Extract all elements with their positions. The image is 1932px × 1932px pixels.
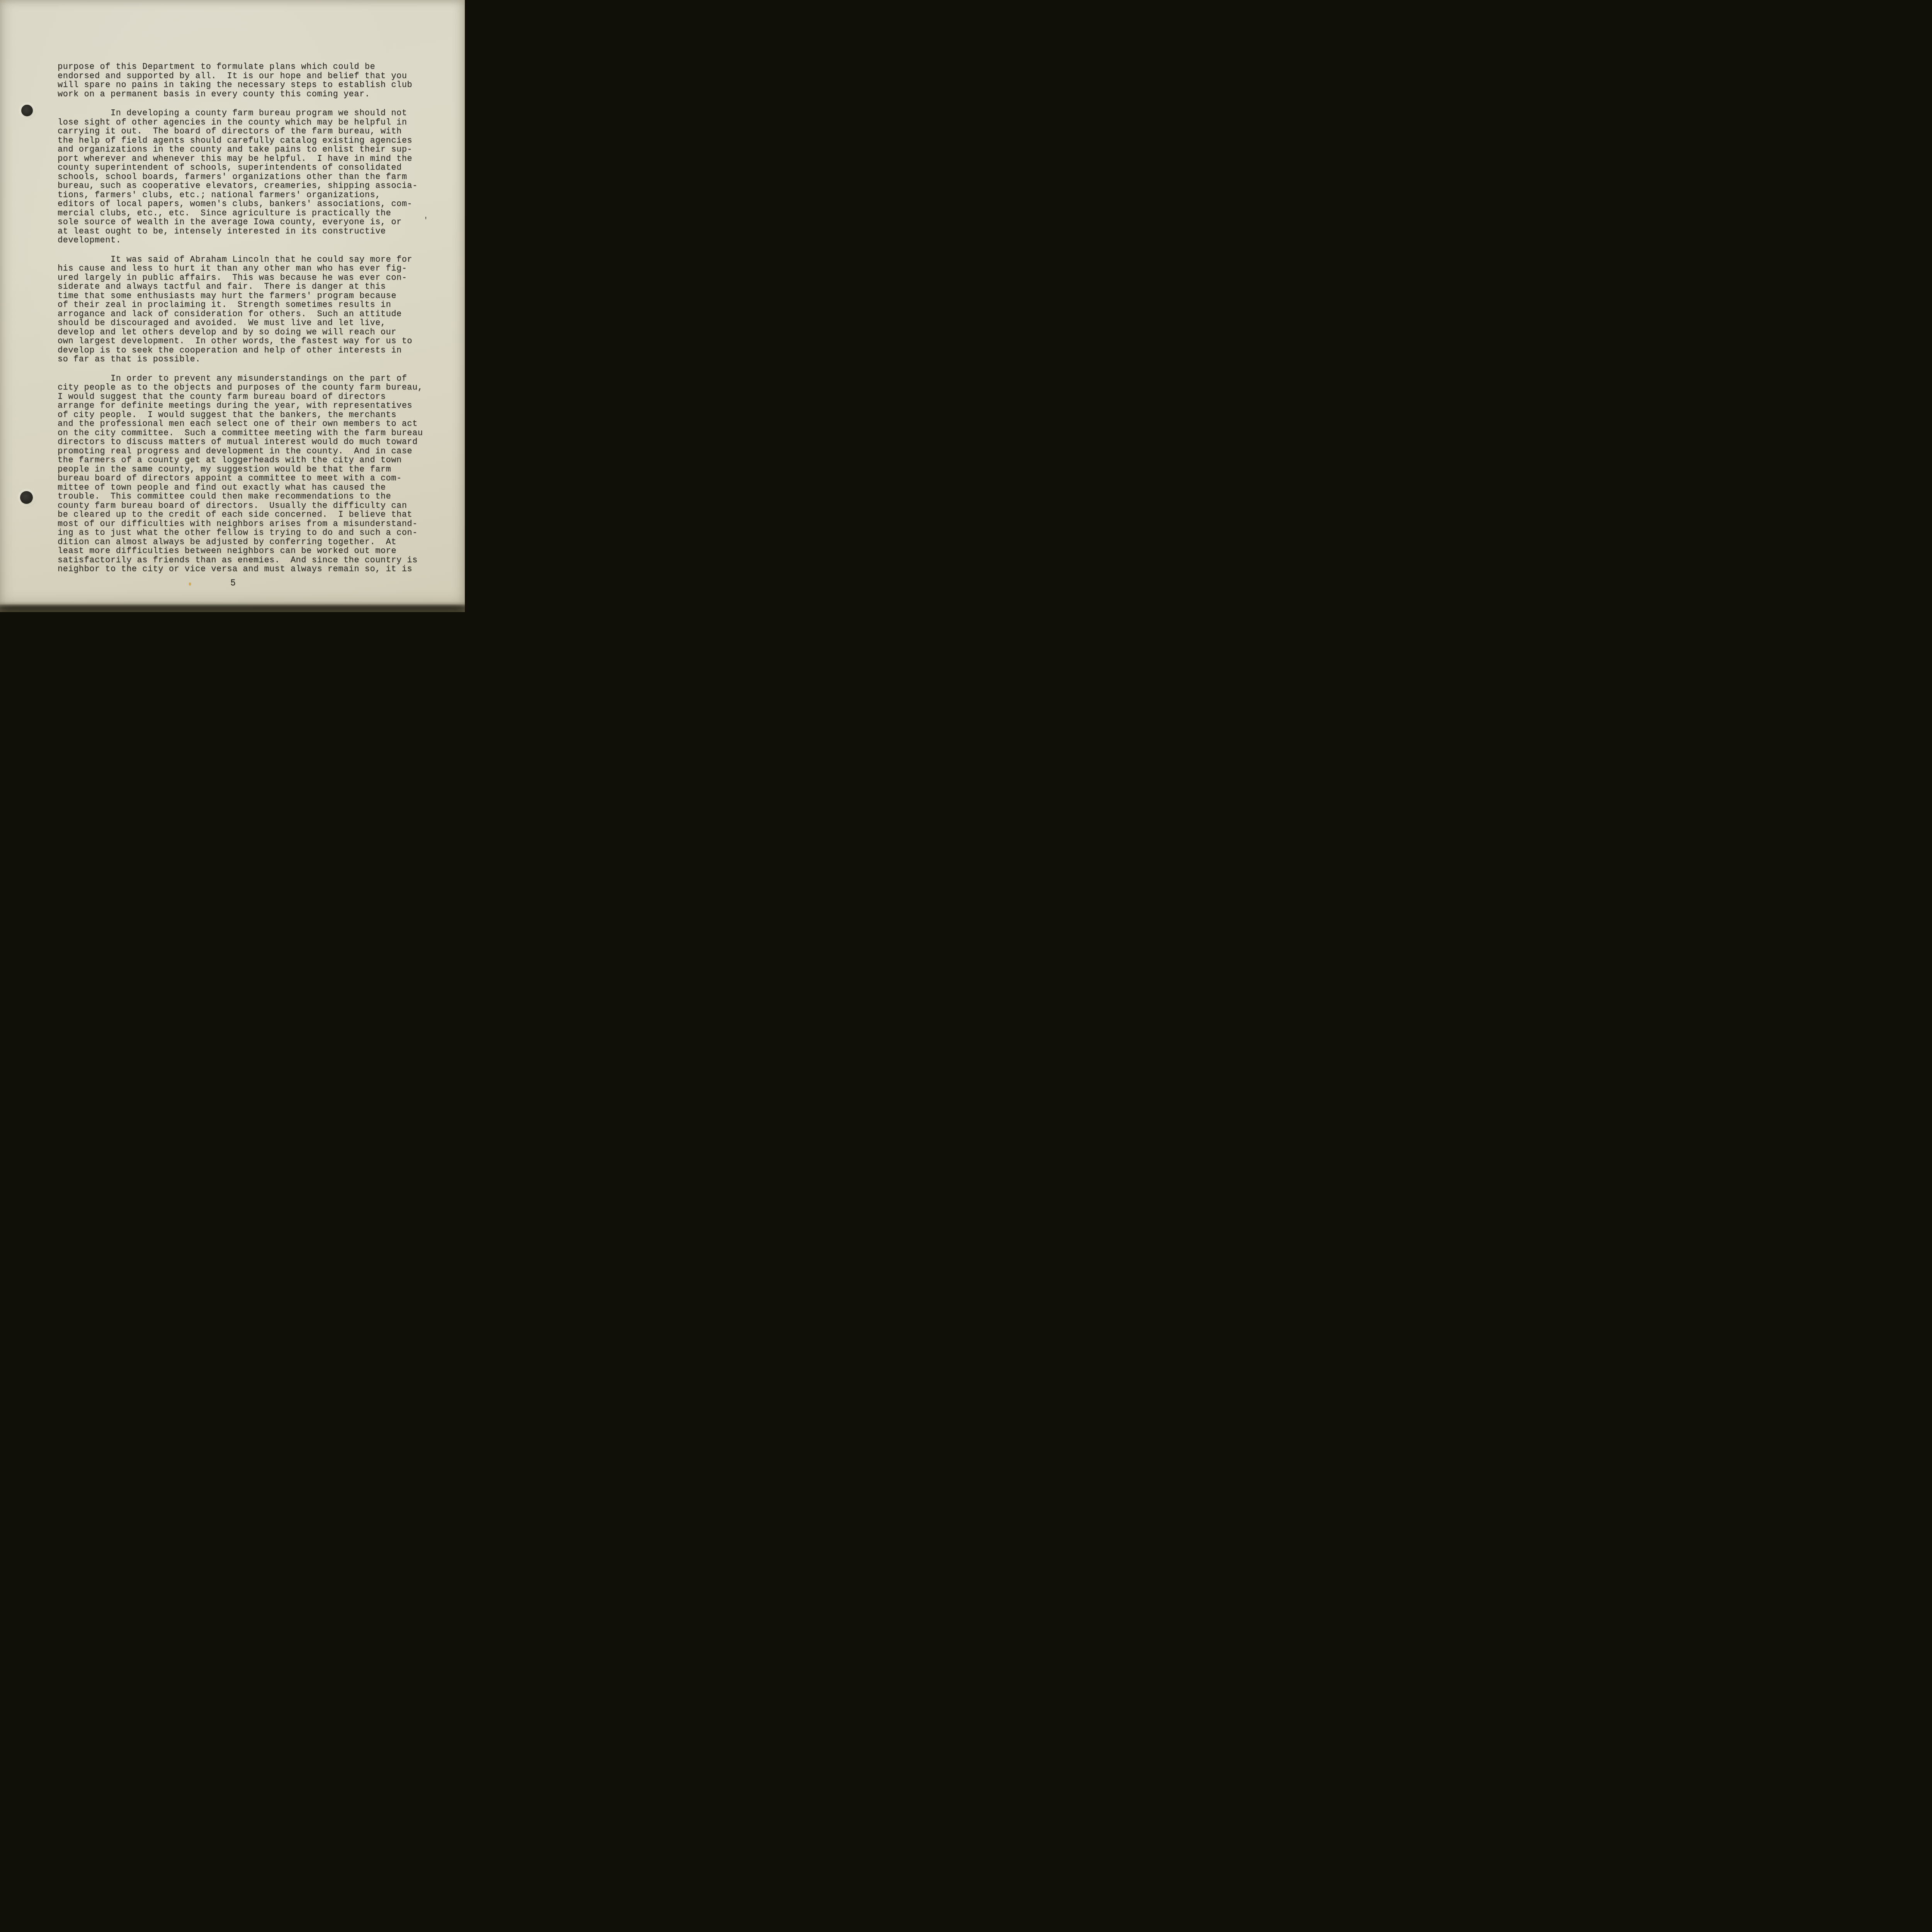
text-line: develop and let others develop and by so… xyxy=(58,328,448,337)
scanner-edge-band xyxy=(0,601,465,612)
text-line: at least ought to be, intensely interest… xyxy=(58,227,448,236)
paragraph: purpose of this Department to formulate … xyxy=(58,62,448,99)
text-line: editors of local papers, women's clubs, … xyxy=(58,199,448,209)
text-line: satisfactorily as friends than as enemie… xyxy=(58,556,448,565)
text-line: endorsed and supported by all. It is our… xyxy=(58,71,448,81)
text-line: be cleared up to the credit of each side… xyxy=(58,510,448,519)
text-line: carrying it out. The board of directors … xyxy=(58,127,448,136)
text-line: county farm bureau board of directors. U… xyxy=(58,501,448,510)
page-number: 5 xyxy=(230,578,236,588)
text-line: people in the same county, my suggestion… xyxy=(58,465,448,474)
text-line: work on a permanent basis in every count… xyxy=(58,90,448,99)
text-line: and the professional men each select one… xyxy=(58,419,448,429)
text-line: In order to prevent any misunderstanding… xyxy=(58,374,448,383)
text-line: I would suggest that the county farm bur… xyxy=(58,392,448,401)
text-line: schools, school boards, farmers' organiz… xyxy=(58,172,448,182)
text-line: city people as to the objects and purpos… xyxy=(58,383,448,392)
scanned-typewritten-page: purpose of this Department to formulate … xyxy=(0,0,465,612)
text-line: so far as that is possible. xyxy=(58,355,448,364)
text-line: port wherever and whenever this may be h… xyxy=(58,154,448,163)
text-line: least more difficulties between neighbor… xyxy=(58,546,448,556)
text-line: time that some enthusiasts may hurt the … xyxy=(58,291,448,301)
text-line: ing as to just what the other fellow is … xyxy=(58,528,448,537)
text-line: siderate and always tactful and fair. Th… xyxy=(58,282,448,291)
text-line: the farmers of a county get at loggerhea… xyxy=(58,456,448,465)
hole-punch-top xyxy=(21,105,33,116)
typewritten-text-block: purpose of this Department to formulate … xyxy=(58,62,448,584)
text-line: most of our difficulties with neighbors … xyxy=(58,519,448,529)
text-line: arrogance and lack of consideration for … xyxy=(58,310,448,319)
text-line: bureau board of directors appoint a comm… xyxy=(58,474,448,483)
text-line: trouble. This committee could then make … xyxy=(58,492,448,501)
paragraph: In developing a county farm bureau progr… xyxy=(58,109,448,245)
text-line: mercial clubs, etc., etc. Since agricult… xyxy=(58,209,448,218)
text-line: should be discouraged and avoided. We mu… xyxy=(58,318,448,328)
paragraph: In order to prevent any misunderstanding… xyxy=(58,374,448,574)
text-line: It was said of Abraham Lincoln that he c… xyxy=(58,255,448,264)
hole-punch-bottom xyxy=(20,491,33,504)
text-line: development. xyxy=(58,236,448,245)
text-line: will spare no pains in taking the necess… xyxy=(58,80,448,90)
stray-ink-mark: ' xyxy=(423,216,428,225)
text-line: develop is to seek the cooperation and h… xyxy=(58,346,448,355)
text-line: county superintendent of schools, superi… xyxy=(58,163,448,172)
text-line: mittee of town people and find out exact… xyxy=(58,483,448,492)
text-line: and organizations in the county and take… xyxy=(58,145,448,154)
paper-speck xyxy=(189,583,191,585)
text-line: arrange for definite meetings during the… xyxy=(58,401,448,410)
text-line: own largest development. In other words,… xyxy=(58,337,448,346)
text-line: of their zeal in proclaiming it. Strengt… xyxy=(58,300,448,310)
text-line: tions, farmers' clubs, etc.; national fa… xyxy=(58,190,448,200)
text-line: the help of field agents should carefull… xyxy=(58,136,448,145)
text-line: his cause and less to hurt it than any o… xyxy=(58,264,448,273)
text-line: ured largely in public affairs. This was… xyxy=(58,273,448,282)
paragraph: It was said of Abraham Lincoln that he c… xyxy=(58,255,448,364)
text-line: neighbor to the city or vice versa and m… xyxy=(58,565,448,574)
text-line: of city people. I would suggest that the… xyxy=(58,410,448,420)
text-line: directors to discuss matters of mutual i… xyxy=(58,437,448,447)
text-line: dition can almost always be adjusted by … xyxy=(58,537,448,547)
text-line: on the city committee. Such a committee … xyxy=(58,429,448,438)
text-line: In developing a county farm bureau progr… xyxy=(58,109,448,118)
text-line: sole source of wealth in the average Iow… xyxy=(58,218,448,227)
text-line: lose sight of other agencies in the coun… xyxy=(58,118,448,127)
text-line: bureau, such as cooperative elevators, c… xyxy=(58,181,448,190)
text-line: purpose of this Department to formulate … xyxy=(58,62,448,71)
text-line: promoting real progress and development … xyxy=(58,447,448,456)
